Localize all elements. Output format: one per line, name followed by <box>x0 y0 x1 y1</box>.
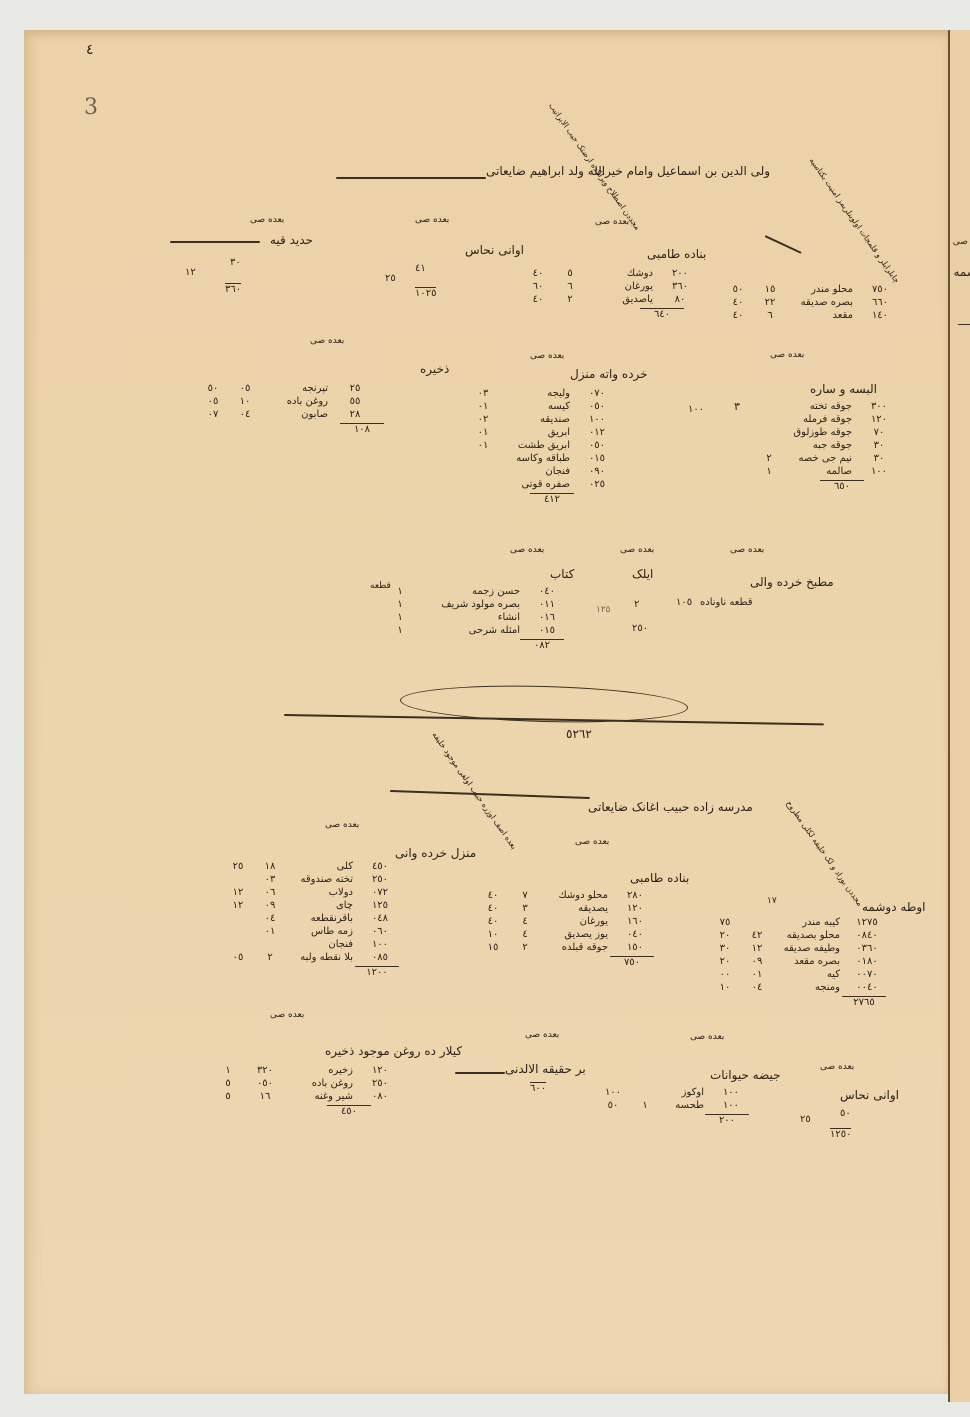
marker-text: بعده صی <box>815 237 970 247</box>
marker-text: بعده صی <box>575 837 609 847</box>
unit-price: ١٢ <box>185 267 196 278</box>
table-row: ٢٨٠محلو دوشك٧٤٠ <box>480 889 652 902</box>
table-row: ٢٨صابون٠٤٠٧ <box>200 408 372 421</box>
table-row: ٠٧٢دولاب٠٦١٢ <box>225 886 397 899</box>
table-row: ١٥٠جوقه قبلده٢١٥ <box>480 941 652 954</box>
table-row: ٠٧٠ولیجه٠٣ <box>470 387 614 400</box>
unit-price: ١٢٥ <box>596 605 611 615</box>
table-row: ١٢٥چای٠٩١٢ <box>225 899 397 912</box>
table-row: ٤٥٠کلی١٨٢٥ <box>225 860 397 873</box>
table-row: ٠٢٥صفره قوتی <box>470 478 614 491</box>
group-title: جیضه حیوانات <box>710 1068 781 1082</box>
unit-price: ٢٥ <box>385 273 396 284</box>
table-row: ٢٥٠تخته صندوقه٠٣ <box>225 873 397 886</box>
table-row: ٠٠٧٠کیه٠١٠٠ <box>712 968 884 981</box>
table-row: ٢٠٠دوشك٥٤٠ <box>525 267 697 280</box>
group-total: ١٠٨ <box>340 423 384 435</box>
weight-amount: ٥٠ <box>840 1108 851 1119</box>
group-total: ٠٨٢ <box>520 639 564 651</box>
table-row: ١٢٠جوقه فرمله <box>760 413 896 426</box>
unit-price: ٢٥ <box>800 1114 811 1125</box>
table-row: ٠٨٥بلا نقطه ولبه٢٠٥ <box>225 951 397 964</box>
group-title: منزل خرده وانی <box>395 846 476 860</box>
table-row: ١٠٠اوکوز١٠٠ <box>600 1086 748 1099</box>
table-row: ٣٠نیم جی خصه٢ <box>760 452 896 465</box>
table-row: ٢٥تپرنجه٠٥٥٠ <box>200 382 372 395</box>
group-title: بناده طامبی <box>647 247 706 261</box>
table-row: ٨٠یاصدیق٢٤٠ <box>525 293 697 306</box>
table-row: ٠١٥امثله شرحی١ <box>380 624 564 637</box>
folio-number: ٤ <box>86 42 94 58</box>
table-row: ٠٤٠حسن زجمه١ <box>380 585 564 598</box>
group-total: ٢٧٦٥ <box>842 996 886 1008</box>
table-row: ٠٣٦٠وطیفه صدیقه١٢٣٠ <box>712 942 884 955</box>
table-row: ٧٠جوقه طوزلوق <box>760 426 896 439</box>
table-row: ٠٠٤٠ومنجه٠٤١٠ <box>712 981 884 994</box>
table-row: ٠٨٠شیر وغنه١٦٥ <box>215 1090 397 1103</box>
group-total: ١٠٢٥ <box>415 287 436 299</box>
marker-text: بعده صی <box>595 217 629 227</box>
table-row: ١٢٠یصدیقه٣٤٠ <box>480 902 652 915</box>
table-row: ١٢٧٥کیبه مندر٧٥ <box>712 916 884 929</box>
table-row: ٠٤٨باقرنقطعه٠٤ <box>225 912 397 925</box>
table-row: ٣٦٠یورغان٦٦٠ <box>525 280 697 293</box>
group-total: ٤٥٠ <box>327 1105 371 1117</box>
table-row: ٦٦٠بصره صدیقه٢٢٤٠ <box>725 296 897 309</box>
table-row: ٠١٨٠بصره مقعد٠٩٢٠ <box>712 955 884 968</box>
adjacent-page-edge <box>948 30 970 1402</box>
marker-text: بعده صی <box>415 215 449 225</box>
item-name: قطعه ناوناده <box>700 597 753 608</box>
marker-text: بعده صی <box>730 545 764 555</box>
marker-text: بعده صی <box>770 350 804 360</box>
group-total: ٦٠٠ <box>530 1082 546 1094</box>
section1-heading: ولی الدین بن اسماعیل وامام خیرالله ولد ا… <box>486 164 770 178</box>
marker-text: بعده صی <box>510 545 544 555</box>
table-row: ١٠٠صندیقه٠٢ <box>470 413 614 426</box>
table-row: ١٢٠زخیره٣٢٠١ <box>215 1064 397 1077</box>
group-total: ١٢٠٠ <box>355 966 399 978</box>
group-total: ١٢٥٠ <box>830 1128 851 1140</box>
group-title: اوطه دوشمه <box>862 900 926 914</box>
table-row: ٠٥٠ابریق طشت٠١ <box>470 439 614 452</box>
table-row: ٠١٢ابریق٠١ <box>470 426 614 439</box>
group-title: بر حقیقه الالدنی <box>505 1062 586 1076</box>
weight-amount: ٤١ <box>415 263 426 274</box>
weight-amount: ٣٠ <box>230 257 241 268</box>
marker-text: بعده صی <box>250 215 284 225</box>
table-row: ٠٤٠یوز یصدیق٤١٠ <box>480 928 652 941</box>
table-row: ٧٥٠محلو مندر١٥٥٠ <box>725 283 897 296</box>
group-total: ٧٥٠ <box>610 956 654 968</box>
group-title: ایلک <box>632 567 653 581</box>
marker-text: بعده صی <box>310 336 344 346</box>
table-row: ٥٥روغن باده١٠٠٥ <box>200 395 372 408</box>
group-title: حدید قیه <box>270 233 313 247</box>
marker-text: بعده صی <box>270 1010 304 1020</box>
marker-text: بعده صی <box>690 1032 724 1042</box>
item-amount: ١٠٥ <box>676 597 692 608</box>
group-title: البسه و ساره <box>810 382 877 396</box>
table-row: ٣٠٠جوقه تخته <box>760 400 896 413</box>
marker-text: بعده صی <box>530 351 564 361</box>
group-total: ٦٤٠ <box>640 308 684 320</box>
group-total: ١٥٥٠ <box>958 324 970 336</box>
qty: ٢ <box>634 599 639 610</box>
group-total: ٦٥٠ <box>820 480 864 492</box>
table-row: ١٦٠یورغان٤٤٠ <box>480 915 652 928</box>
s1-group-oda-doseme: بعده صی اوطه دوشمه ٧٥٠محلو مندر١٥٥٠ ٦٦٠ب… <box>725 235 897 314</box>
heading-rule <box>336 177 486 179</box>
marker-stroke <box>765 235 802 254</box>
title-rule <box>455 1072 505 1074</box>
table-row: ٢٥٠روغن باده٠٥٠٥ <box>215 1077 397 1090</box>
marker-text: بعده صی <box>820 1062 854 1072</box>
marker-text: بعده صی <box>525 1030 559 1040</box>
group-title: ذخیره <box>420 362 449 376</box>
qty-header: ١٧ <box>767 896 777 906</box>
title-rule <box>170 241 260 243</box>
table-row: ٠١٦انشاء١ <box>380 611 564 624</box>
table-row: ٠٥٠کیسه٠١ <box>470 400 614 413</box>
group-title: کیلار ده روغن موجود ذخیره <box>325 1044 462 1058</box>
table-row: ١٠٠صالمه١ <box>760 465 896 478</box>
table-row: ٣٠جوقه جبه <box>760 439 896 452</box>
group-title: بناده طامبی <box>630 871 689 885</box>
group-title: کتاب <box>550 567 574 581</box>
group-title: اوانی نحاس <box>465 243 524 257</box>
pencil-page-number: 3 <box>84 95 98 120</box>
group-total: ٢٥٠ <box>632 623 648 634</box>
group-title: مطبخ خرده والی <box>750 575 834 589</box>
group-title: خرده واته منزل <box>570 367 648 381</box>
table-row: ٠١٥طباقه وکاسه <box>470 452 614 465</box>
grand-total: ٥٢٦٢ <box>566 727 592 741</box>
section4-heading: مدرسه زاده حبیب اغانک ضایعاتی <box>588 800 753 814</box>
group-total: ٢٠٠ <box>705 1114 749 1126</box>
table-row: ١٠٠فنجان <box>225 938 397 951</box>
table-row: ٠٦٠زمه طاس٠١ <box>225 925 397 938</box>
marker-text: بعده صی <box>325 820 359 830</box>
table-row: ١٠٠طحسه١٥٠ <box>600 1099 748 1112</box>
table-row: ٠٨٤٠محلو بصدیقه٤٢٢٠ <box>712 929 884 942</box>
elbise-side-price: ١٠٠ <box>688 404 704 415</box>
group-title: اوطه دوشمه <box>845 265 970 279</box>
group-title: اوانی نحاس <box>840 1088 899 1102</box>
marker-text: بعده صی <box>620 545 654 555</box>
elbise-side-qty: ٣ <box>734 400 740 413</box>
table-row: ١٤٠مقعد٦٤٠ <box>725 309 897 322</box>
table-row: ٠١١بصره مولود شریف١ <box>380 598 564 611</box>
group-total: ٤١٢ <box>530 493 574 505</box>
group-total: ٣٦٠ <box>225 283 241 295</box>
table-row: ٠٩٠فنجان <box>470 465 614 478</box>
